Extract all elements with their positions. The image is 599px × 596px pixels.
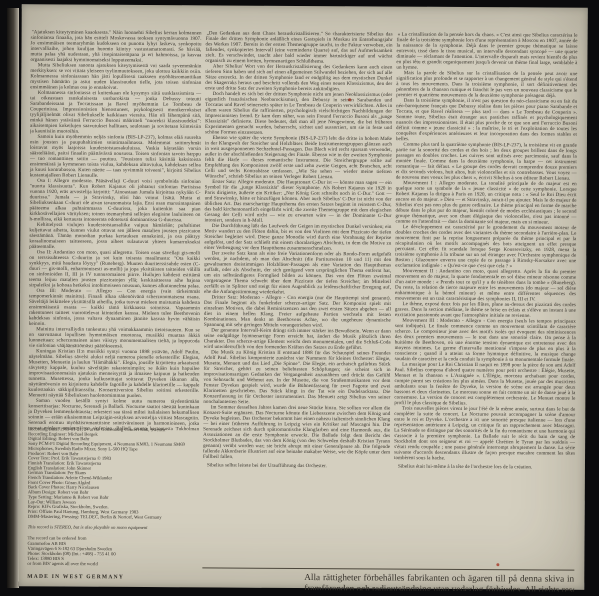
production-block: Recording Data: 1983-01-21, 24 at the Go… <box>27 427 202 580</box>
paragraph: „Den Gedanken aus dem Chaos herauskrista… <box>205 30 392 64</box>
paragraph: Osa II: Andantino con moto, quasi allegr… <box>29 249 200 289</box>
paragraph: Die Durchführung läßt das Laufwerk der G… <box>204 223 391 252</box>
paragraph: Mouvement III : Moderato - Allegro - Con… <box>395 318 576 363</box>
rights-notice: Alla rättigheter förbehålles fabrikanten… <box>304 572 574 592</box>
print-speck <box>348 98 351 101</box>
paragraph: Doch handelt es sich bei der dritten Sym… <box>205 91 392 136</box>
french-text: « La cristallisation de la pensée hors d… <box>394 32 578 471</box>
paragraph: Ebenso wie später die vierte Symphonie (… <box>205 135 392 180</box>
paragraph: Kuningas Kristian II:n musiikki syntyi v… <box>28 348 199 399</box>
paragraph: Der zweite Satz kann als eine freie Vari… <box>204 250 391 295</box>
paragraph: Comme plus tard la quatrième symphonie (… <box>396 142 577 182</box>
rights-notice-wrap: Alla rättigheter förbehålles fabrikanten… <box>304 572 574 592</box>
paragraph: Le développement est caractérisé par le … <box>395 224 576 269</box>
paragraph: Mais la parole de Sibelius sur la crista… <box>396 70 577 99</box>
paragraph: Kehittelyssä viulujen kuudestoistaosalii… <box>29 222 200 251</box>
ordering-block: The record can be ordered from Grammofon… <box>27 536 200 568</box>
ordering-line: or from BIS' agents all over the world <box>27 562 200 568</box>
paragraph: Dans la troisième symphonie, il n'est pa… <box>396 98 577 143</box>
french-closing-line: Sibelius était lui-même à la tête de l'o… <box>394 464 575 471</box>
paragraph: Im Sommer desselben Jahres kamen drei ne… <box>203 404 390 460</box>
paragraph: Trois nouvelles pièces virent le jour l'… <box>394 406 575 462</box>
paragraph: Saman vuoden kesällä syntyi kolme uutta … <box>28 398 199 431</box>
paragraph: Mouvement II : Andantino con moto, quasi… <box>395 268 576 302</box>
paragraph: Mainittu intervalliydin tunkeutuu yhä vo… <box>29 326 200 349</box>
stereo-note: This record is STEREO, but is also playa… <box>28 525 201 531</box>
paragraph: Le thème, exposé deux fois par les flûte… <box>395 301 576 319</box>
german-text: „Den Gedanken aus dem Chaos herauskrista… <box>203 30 393 469</box>
paragraph: La musique pour Le Roi Christian II naqu… <box>394 362 575 407</box>
german-closing-line: Sibelius selbst leitete bei der Urauffüh… <box>203 462 390 469</box>
paragraph: Der genannte Intervall-Keim drängt sich … <box>204 327 391 350</box>
lp-back-cover-photo: { "colors": { "paper": "#d4cfbf", "ink":… <box>0 0 599 596</box>
paragraph: Osa I: Allegro moderato. Pääsävellaji C-… <box>29 178 200 223</box>
liner-notes-paper: "Ajatuksen kiteytyminen kaaoksesta." Näi… <box>18 4 588 589</box>
credits-block: Recording Data: 1983-01-21, 24 at the Go… <box>28 427 202 520</box>
column-french: « La cristallisation de la pensée hors d… <box>393 32 578 558</box>
made-in-line: MADE IN WEST GERMANY <box>27 573 200 580</box>
paragraph: Dritter Satz: Moderato - Allegro - Con e… <box>204 294 391 328</box>
print-speck <box>496 563 499 566</box>
credit-line: DMM-Mastering, Pressing: TELDEC, Berlin … <box>28 515 201 521</box>
paragraph: Mouvement I : Allegro moderato. La tonal… <box>395 180 576 225</box>
column-german: „Den Gedanken aus dem Chaos herauskrista… <box>202 30 393 571</box>
finnish-text: "Ajatuksen kiteytyminen kaaoksesta." Näi… <box>28 29 201 430</box>
paragraph: Samoin kuin myöhemmin neljäs sinfonia (B… <box>30 134 201 179</box>
production-block-inner: Recording Data: 1983-01-21, 24 at the Go… <box>27 427 201 580</box>
column-finnish: "Ajatuksen kiteytyminen kaaoksesta." Näi… <box>28 29 202 430</box>
paragraph: « La cristallisation de la pensée hors d… <box>396 32 577 72</box>
paragraph: "Ajatuksen kiteytyminen kaaoksesta." Näi… <box>30 29 201 63</box>
paragraph: Osa III: Moderato — Allegro — Con energi… <box>29 288 200 328</box>
sleeve-spine-edge <box>7 8 19 588</box>
paragraph: Kolmannessa sinfoniassa ei kuitenkaan ol… <box>30 90 201 135</box>
paragraph: Erster Satz: Allegro moderato. Die Haupt… <box>204 179 391 224</box>
paragraph: Die Musik zu König Kristian II entstand … <box>203 349 390 405</box>
rights-notice-inner: Alla rättigheter förbehålles fabrikanten… <box>304 572 574 592</box>
paragraph: Aber Sibelius' Wort von der Herauskrista… <box>205 63 392 92</box>
paragraph: Mutta Sibeliuksen sanonta ajatuksen kite… <box>30 62 201 91</box>
